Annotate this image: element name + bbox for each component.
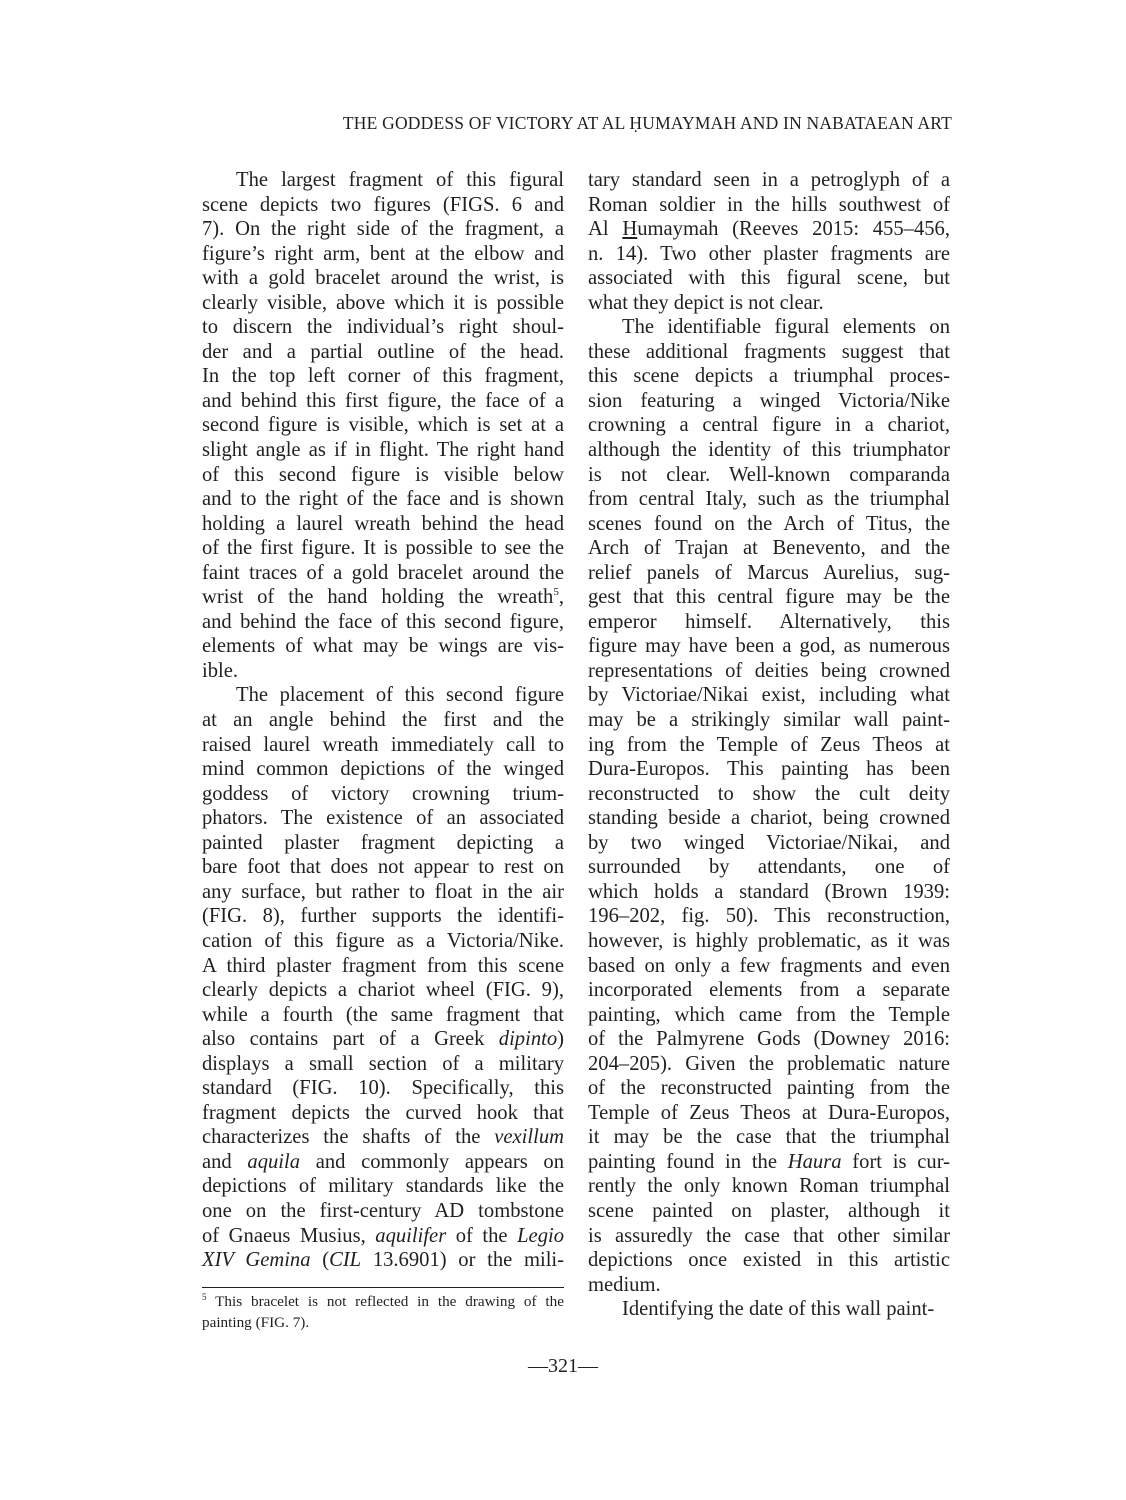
text-segment: phators. The existence of an associated	[202, 807, 564, 829]
text-line: holding a laurel wreath behind the head	[202, 512, 564, 537]
text-segment: figure’s right arm, bent at the elbow an…	[202, 243, 564, 265]
text-line: and behind the face of this second figur…	[202, 610, 564, 635]
text-segment: may be a strikingly similar wall paint-	[588, 709, 950, 731]
text-line: slight angle as if in flight. The right …	[202, 438, 564, 463]
text-segment: displays a small section of a military	[202, 1053, 564, 1075]
text-segment: (	[311, 1249, 330, 1271]
text-segment: characterizes the shafts of the	[202, 1126, 494, 1148]
text-segment: ,	[559, 586, 564, 608]
text-line: clearly visible, above which it is possi…	[202, 291, 564, 316]
text-line: one on the first-century AD tombstone	[202, 1199, 564, 1224]
text-line: raised laurel wreath immediately call to	[202, 733, 564, 758]
text-segment: (FIG. 8), further supports the identifi-	[202, 905, 564, 927]
text-segment: crowning a central figure in a chariot,	[588, 414, 950, 436]
text-line: which holds a standard (Brown 1939:	[588, 880, 950, 905]
text-segment: painting found in the	[588, 1151, 788, 1173]
text-segment: and commonly appears on	[300, 1151, 564, 1173]
text-segment: Dura-Europos. This painting has been	[588, 758, 950, 780]
text-line: with a gold bracelet around the wrist, i…	[202, 266, 564, 291]
text-segment: depictions once existed in this artistic	[588, 1249, 950, 1271]
text-segment: slight angle as if in flight. The right …	[202, 439, 564, 461]
text-line: of this second figure is visible below	[202, 463, 564, 488]
text-line: cation of this figure as a Victoria/Nike…	[202, 929, 564, 954]
footnote-rule	[202, 1287, 564, 1288]
text-line: representations of deities being crowned	[588, 659, 950, 684]
text-line: by Victoriae/Nikai exist, including what	[588, 683, 950, 708]
text-segment: The largest fragment of this figural	[236, 169, 564, 191]
text-line: by two winged Victoriae/Nikai, and	[588, 831, 950, 856]
text-segment: incorporated elements from a separate	[588, 979, 950, 1001]
text-segment: depictions of military standards like th…	[202, 1175, 564, 1197]
text-line: faint traces of a gold bracelet around t…	[202, 561, 564, 586]
page-number: —321—	[0, 1355, 1126, 1378]
text-segment: Temple of Zeus Theos at Dura-Europos,	[588, 1102, 950, 1124]
text-segment: In the top left corner of this fragment,	[202, 365, 564, 387]
text-line: and aquila and commonly appears on	[202, 1150, 564, 1175]
text-segment: painting (FIG. 7).	[202, 1314, 309, 1331]
text-line: n. 14). Two other plaster fragments are	[588, 242, 950, 267]
text-line: second figure is visible, which is set a…	[202, 413, 564, 438]
text-segment: by Victoriae/Nikai exist, including what	[588, 684, 950, 706]
text-segment: ing from the Temple of Zeus Theos at	[588, 734, 950, 756]
text-segment: this scene depicts a triumphal proces-	[588, 365, 950, 387]
text-segment: of the Palmyrene Gods (Downey 2016:	[588, 1028, 950, 1050]
text-segment: standing beside a chariot, being crowned	[588, 807, 950, 829]
text-line: ing from the Temple of Zeus Theos at	[588, 733, 950, 758]
text-segment: and behind this first figure, the face o…	[202, 390, 564, 412]
text-line: surrounded by attendants, one of	[588, 855, 950, 880]
text-segment: This bracelet is not reflected in the dr…	[207, 1293, 565, 1310]
text-segment: figure may have been a god, as numerous	[588, 635, 950, 657]
text-segment: of Gnaeus Musius,	[202, 1225, 375, 1247]
text-segment: based on only a few fragments and even	[588, 955, 950, 977]
text-segment: is not clear. Well-known comparanda	[588, 464, 950, 486]
text-segment: representations of deities being crowned	[588, 660, 950, 682]
text-line: scene painted on plaster, although it	[588, 1199, 950, 1224]
text-line: sion featuring a winged Victoria/Nike	[588, 389, 950, 414]
text-segment: which holds a standard (Brown 1939:	[588, 881, 950, 903]
text-line: displays a small section of a military	[202, 1052, 564, 1077]
text-segment: however, is highly problematic, as it wa…	[588, 930, 950, 952]
text-line: Temple of Zeus Theos at Dura-Europos,	[588, 1101, 950, 1126]
text-line: may be a strikingly similar wall paint-	[588, 708, 950, 733]
text-line: associated with this figural scene, but	[588, 266, 950, 291]
text-line: crowning a central figure in a chariot,	[588, 413, 950, 438]
text-line: figure’s right arm, bent at the elbow an…	[202, 242, 564, 267]
text-segment: The identifiable figural elements on	[622, 316, 950, 338]
text-line: of the Palmyrene Gods (Downey 2016:	[588, 1027, 950, 1052]
text-line: painting found in the Haura fort is cur-	[588, 1150, 950, 1175]
text-segment: der and a partial outline of the head.	[202, 341, 564, 363]
italic-term: CIL	[329, 1249, 361, 1271]
text-segment: Arch of Trajan at Benevento, and the	[588, 537, 950, 559]
text-line: any surface, but rather to float in the …	[202, 880, 564, 905]
text-line: scenes found on the Arch of Titus, the	[588, 512, 950, 537]
text-segment: rently the only known Roman triumphal	[588, 1175, 950, 1197]
text-segment: sion featuring a winged Victoria/Nike	[588, 390, 950, 412]
left-column: The largest fragment of this figuralscen…	[202, 168, 564, 1273]
text-line: der and a partial outline of the head.	[202, 340, 564, 365]
text-line: goddess of victory crowning trium-	[202, 782, 564, 807]
italic-term: aquilifer	[375, 1225, 446, 1247]
text-segment: Al	[588, 218, 622, 240]
text-line: characterizes the shafts of the vexillum	[202, 1125, 564, 1150]
text-segment: wrist of the hand holding the wreath	[202, 586, 553, 608]
text-segment: to discern the individual’s right shoul-	[202, 316, 564, 338]
text-segment: fragment depicts the curved hook that	[202, 1102, 564, 1124]
text-line: while a fourth (the same fragment that	[202, 1003, 564, 1028]
text-segment: standard (FIG. 10). Specifically, this	[202, 1077, 564, 1099]
italic-term: vexillum	[494, 1126, 564, 1148]
text-line: of Gnaeus Musius, aquilifer of the Legio	[202, 1224, 564, 1249]
text-segment: tary standard seen in a petroglyph of a	[588, 169, 950, 191]
text-segment: of the reconstructed painting from the	[588, 1077, 950, 1099]
text-segment: clearly visible, above which it is possi…	[202, 292, 564, 314]
text-segment: medium.	[588, 1274, 661, 1296]
text-segment: emperor himself. Alternatively, this	[588, 611, 950, 633]
text-segment: holding a laurel wreath behind the head	[202, 513, 564, 535]
italic-term: Legio	[517, 1225, 564, 1247]
text-line: rently the only known Roman triumphal	[588, 1174, 950, 1199]
text-line: at an angle behind the first and the	[202, 708, 564, 733]
text-segment: it may be the case that the triumphal	[588, 1126, 950, 1148]
text-segment: and	[202, 1151, 247, 1173]
text-segment: and to the right of the face and is show…	[202, 488, 564, 510]
text-line: reconstructed to show the cult deity	[588, 782, 950, 807]
italic-term: Haura	[788, 1151, 842, 1173]
text-segment: surrounded by attendants, one of	[588, 856, 950, 878]
italic-term: aquila	[247, 1151, 300, 1173]
running-head: THE GODDESS OF VICTORY AT AL ḤUMAYMAH AN…	[300, 113, 952, 134]
text-line: however, is highly problematic, as it wa…	[588, 929, 950, 954]
text-line: is assuredly the case that other similar	[588, 1224, 950, 1249]
text-segment: umaymah (Reeves 2015: 455–456,	[637, 218, 950, 240]
text-segment: these additional fragments suggest that	[588, 341, 950, 363]
text-line: The placement of this second figure	[202, 683, 564, 708]
text-line: depictions of military standards like th…	[202, 1174, 564, 1199]
text-segment: cation of this figure as a Victoria/Nike…	[202, 930, 564, 952]
text-segment: bare foot that does not appear to rest o…	[202, 856, 564, 878]
text-line: painting, which came from the Temple	[588, 1003, 950, 1028]
text-segment: 7). On the right side of the fragment, a	[202, 218, 564, 240]
text-segment: is assuredly the case that other similar	[588, 1225, 950, 1247]
text-line: wrist of the hand holding the wreath5,	[202, 585, 564, 610]
text-segment: by two winged Victoriae/Nikai, and	[588, 832, 950, 854]
text-segment: associated with this figural scene, but	[588, 267, 950, 289]
text-segment: painting, which came from the Temple	[588, 1004, 950, 1026]
text-line: A third plaster fragment from this scene	[202, 954, 564, 979]
text-line: 204–205). Given the problematic nature	[588, 1052, 950, 1077]
text-line: The largest fragment of this figural	[202, 168, 564, 193]
text-line: XIV Gemina (CIL 13.6901) or the mili-	[202, 1248, 564, 1273]
text-line: standing beside a chariot, being crowned	[588, 806, 950, 831]
text-segment: although the identity of this triumphato…	[588, 439, 950, 461]
italic-term: XIV Gemina	[202, 1249, 311, 1271]
text-segment: relief panels of Marcus Aurelius, sug-	[588, 562, 950, 584]
text-line: depictions once existed in this artistic	[588, 1248, 950, 1273]
footnote: 5 This bracelet is not reflected in the …	[202, 1291, 564, 1333]
text-line: 196–202, fig. 50). This reconstruction,	[588, 904, 950, 929]
text-line: (FIG. 8), further supports the identifi-	[202, 904, 564, 929]
text-line: Roman soldier in the hills southwest of	[588, 193, 950, 218]
text-line: 5 This bracelet is not reflected in the …	[202, 1291, 564, 1312]
text-segment: from central Italy, such as the triumpha…	[588, 488, 950, 510]
text-segment: ible.	[202, 660, 238, 682]
text-line: is not clear. Well-known comparanda	[588, 463, 950, 488]
text-segment: A third plaster fragment from this scene	[202, 955, 564, 977]
text-line: clearly depicts a chariot wheel (FIG. 9)…	[202, 978, 564, 1003]
text-line: of the first figure. It is possible to s…	[202, 536, 564, 561]
text-segment: with a gold bracelet around the wrist, i…	[202, 267, 564, 289]
text-line: and behind this first figure, the face o…	[202, 389, 564, 414]
text-line: based on only a few fragments and even	[588, 954, 950, 979]
text-line: medium.	[588, 1273, 950, 1298]
text-segment: mind common depictions of the winged	[202, 758, 564, 780]
text-line: fragment depicts the curved hook that	[202, 1101, 564, 1126]
italic-term: dipinto	[499, 1028, 557, 1050]
text-line: figure may have been a god, as numerous	[588, 634, 950, 659]
text-line: Identifying the date of this wall paint-	[588, 1297, 950, 1322]
text-line: mind common depictions of the winged	[202, 757, 564, 782]
text-segment: scenes found on the Arch of Titus, the	[588, 513, 950, 535]
text-segment: of the	[446, 1225, 517, 1247]
text-line: 7). On the right side of the fragment, a	[202, 217, 564, 242]
text-line: these additional fragments suggest that	[588, 340, 950, 365]
text-line: and to the right of the face and is show…	[202, 487, 564, 512]
text-segment: clearly depicts a chariot wheel (FIG. 9)…	[202, 979, 564, 1001]
text-segment: Roman soldier in the hills southwest of	[588, 194, 950, 216]
text-segment: 196–202, fig. 50). This reconstruction,	[588, 905, 950, 927]
text-line: The identifiable figural elements on	[588, 315, 950, 340]
text-segment: while a fourth (the same fragment that	[202, 1004, 564, 1026]
text-line: bare foot that does not appear to rest o…	[202, 855, 564, 880]
text-segment: raised laurel wreath immediately call to	[202, 734, 564, 756]
text-line: this scene depicts a triumphal proces-	[588, 364, 950, 389]
text-line: painted plaster fragment depicting a	[202, 831, 564, 856]
text-line: from central Italy, such as the triumpha…	[588, 487, 950, 512]
text-line: phators. The existence of an associated	[202, 806, 564, 831]
text-line: incorporated elements from a separate	[588, 978, 950, 1003]
text-segment: elements of what may be wings are vis-	[202, 635, 564, 657]
text-segment: second figure is visible, which is set a…	[202, 414, 564, 436]
text-line: In the top left corner of this fragment,	[202, 364, 564, 389]
text-segment: any surface, but rather to float in the …	[202, 881, 564, 903]
text-line: to discern the individual’s right shoul-	[202, 315, 564, 340]
text-line: Arch of Trajan at Benevento, and the	[588, 536, 950, 561]
text-segment: )	[557, 1028, 564, 1050]
text-segment: at an angle behind the first and the	[202, 709, 564, 731]
text-line: ible.	[202, 659, 564, 684]
text-segment: of this second figure is visible below	[202, 464, 564, 486]
text-line: gest that this central figure may be the	[588, 585, 950, 610]
text-segment: painted plaster fragment depicting a	[202, 832, 564, 854]
text-segment: gest that this central figure may be the	[588, 586, 950, 608]
text-segment: 13.6901) or the mili-	[361, 1249, 564, 1271]
text-line: painting (FIG. 7).	[202, 1312, 564, 1333]
text-segment: and behind the face of this second figur…	[202, 611, 564, 633]
text-segment: n. 14). Two other plaster fragments are	[588, 243, 950, 265]
text-line: elements of what may be wings are vis-	[202, 634, 564, 659]
text-line: standard (FIG. 10). Specifically, this	[202, 1076, 564, 1101]
text-line: scene depicts two figures (FIGS. 6 and	[202, 193, 564, 218]
text-segment: reconstructed to show the cult deity	[588, 783, 950, 805]
text-line: it may be the case that the triumphal	[588, 1125, 950, 1150]
text-segment: scene painted on plaster, although it	[588, 1200, 950, 1222]
text-segment: fort is cur-	[842, 1151, 950, 1173]
text-segment: goddess of victory crowning trium-	[202, 783, 564, 805]
text-line: also contains part of a Greek dipinto)	[202, 1027, 564, 1052]
text-segment: also contains part of a Greek	[202, 1028, 499, 1050]
text-segment: 204–205). Given the problematic nature	[588, 1053, 950, 1075]
text-line: Dura-Europos. This painting has been	[588, 757, 950, 782]
text-segment: scene depicts two figures (FIGS. 6 and	[202, 194, 564, 216]
text-segment: what they depict is not clear.	[588, 292, 824, 314]
text-line: although the identity of this triumphato…	[588, 438, 950, 463]
text-segment: one on the first-century AD tombstone	[202, 1200, 564, 1222]
text-segment: faint traces of a gold bracelet around t…	[202, 562, 564, 584]
text-line: what they depict is not clear.	[588, 291, 950, 316]
text-line: of the reconstructed painting from the	[588, 1076, 950, 1101]
text-segment: The placement of this second figure	[236, 684, 564, 706]
right-column: tary standard seen in a petroglyph of aR…	[588, 168, 950, 1322]
text-segment: of the first figure. It is possible to s…	[202, 537, 564, 559]
text-segment: Identifying the date of this wall paint-	[622, 1298, 934, 1320]
text-line: tary standard seen in a petroglyph of a	[588, 168, 950, 193]
text-line: Al Humaymah (Reeves 2015: 455–456,	[588, 217, 950, 242]
text-line: emperor himself. Alternatively, this	[588, 610, 950, 635]
text-line: relief panels of Marcus Aurelius, sug-	[588, 561, 950, 586]
underlined-letter: H	[622, 218, 637, 240]
